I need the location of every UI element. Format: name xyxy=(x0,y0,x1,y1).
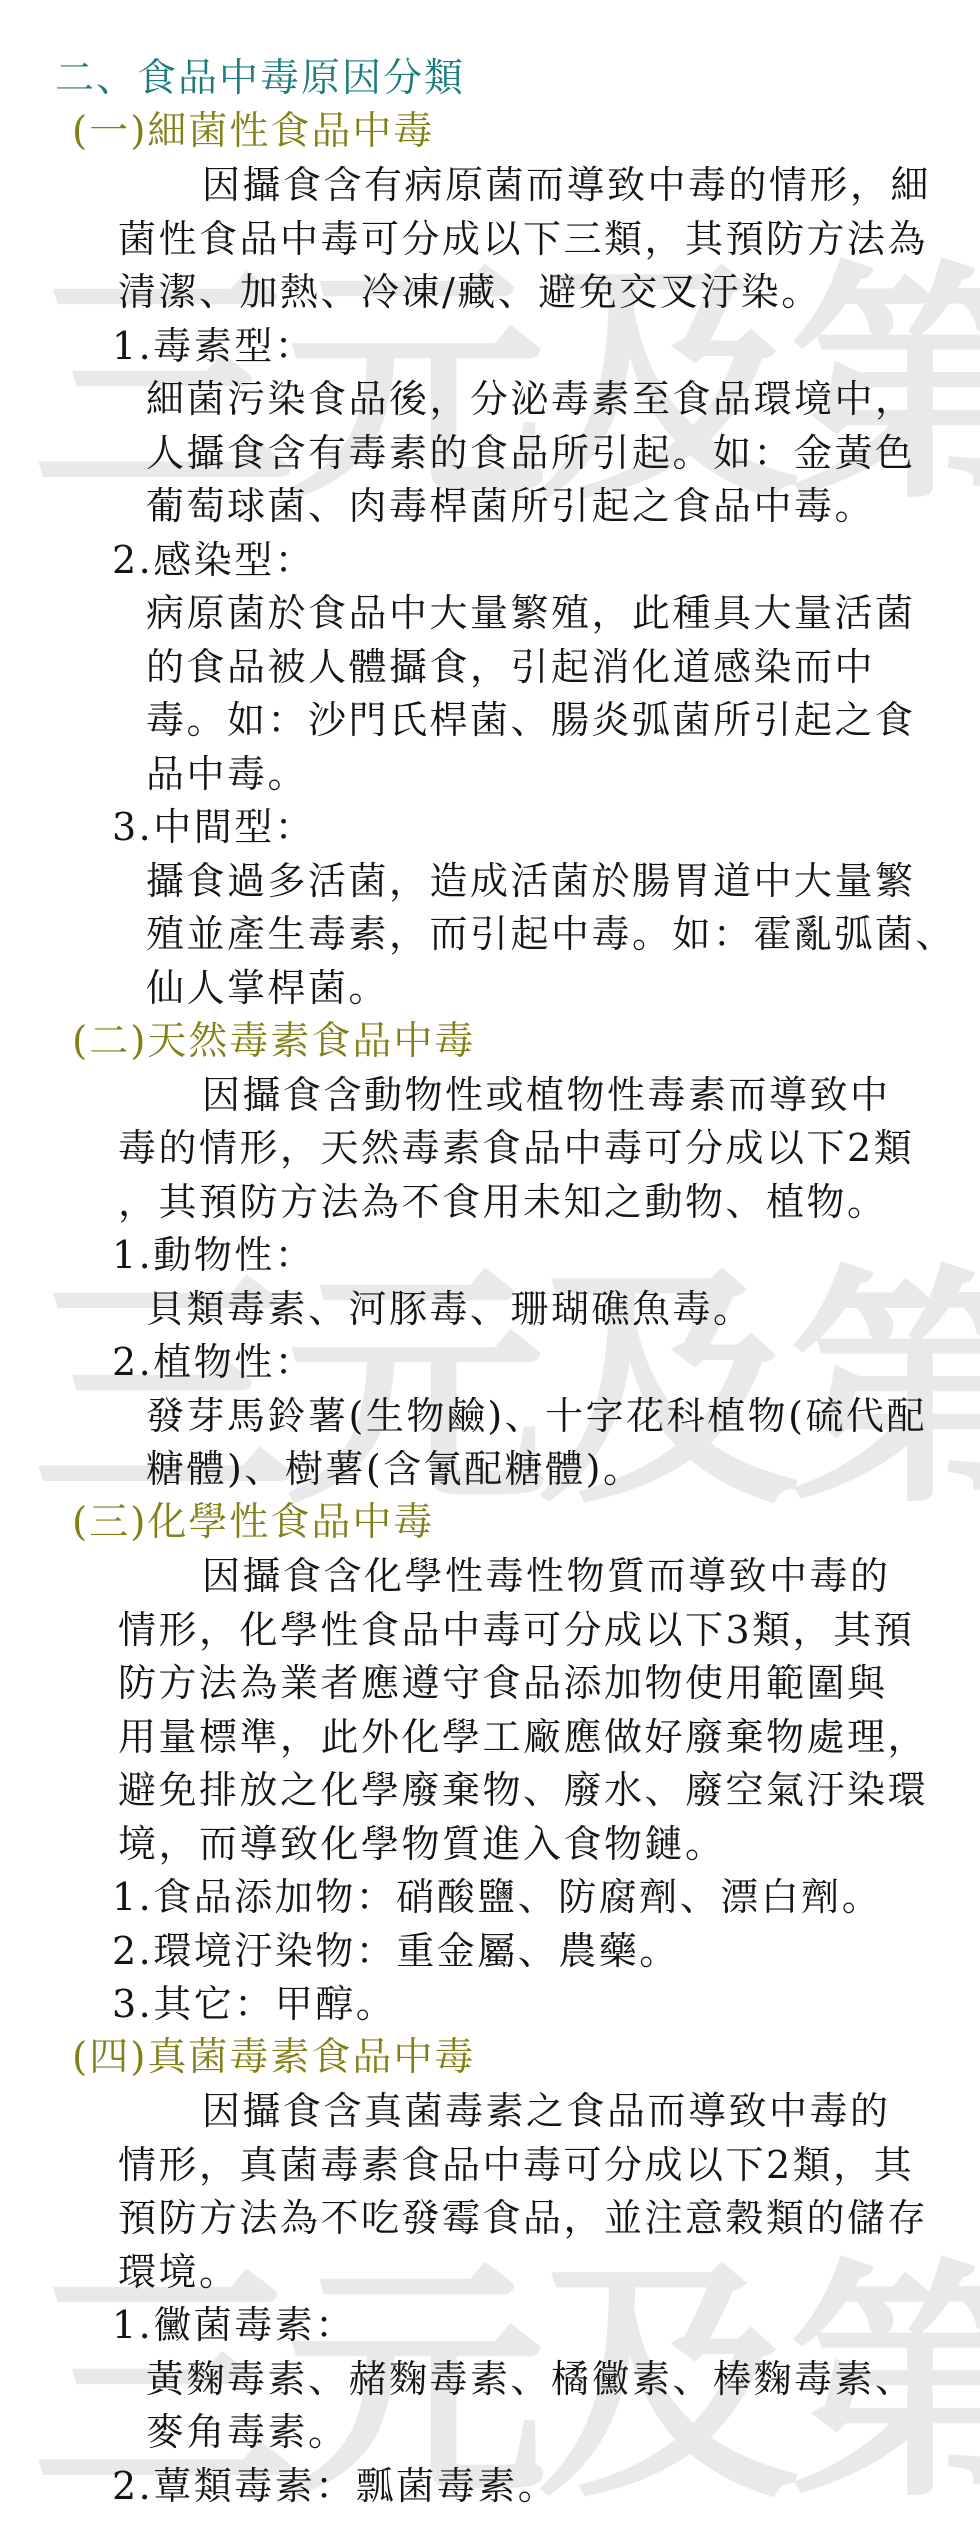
text-line: 發芽馬鈴薯(生物鹼)、十字花科植物(硫代配 xyxy=(0,1386,980,1440)
text-line: 人攝食含有毒素的食品所引起。如：金黃色 xyxy=(0,423,980,477)
numbered-item-line: 1.黴菌毒素： xyxy=(0,2295,980,2349)
numbered-item-line: 1.毒素型： xyxy=(0,316,980,370)
text-line: 預防方法為不吃發霉食品，並注意穀類的儲存 xyxy=(0,2188,980,2242)
text-line: 因攝食含真菌毒素之食品而導致中毒的 xyxy=(0,2081,980,2135)
text-line: 菌性食品中毒可分成以下三類，其預防方法為 xyxy=(0,209,980,263)
text-line: 病原菌於食品中大量繁殖，此種具大量活菌 xyxy=(0,583,980,637)
scanned-document-page: 三元及第三元及第三元及第 二、食品中毒原因分類 (一)細菌性食品中毒因攝食含有病… xyxy=(0,0,980,2541)
text-line: 境，而導致化學物質進入食物鏈。 xyxy=(0,1814,980,1868)
numbered-item-line: 1.食品添加物：硝酸鹽、防腐劑、漂白劑。 xyxy=(0,1867,980,1921)
text-line: 仙人掌桿菌。 xyxy=(0,958,980,1012)
document-content: 二、食品中毒原因分類 (一)細菌性食品中毒因攝食含有病原菌而導致中毒的情形，細菌… xyxy=(0,0,980,2509)
text-line: 細菌污染食品後，分泌毒素至食品環境中， xyxy=(0,369,980,423)
numbered-item-line: 3.中間型： xyxy=(0,797,980,851)
text-line: 情形，化學性食品中毒可分成以下3類，其預 xyxy=(0,1600,980,1654)
text-line: 避免排放之化學廢棄物、廢水、廢空氣汙染環 xyxy=(0,1760,980,1814)
text-line: 防方法為業者應遵守食品添加物使用範圍與 xyxy=(0,1653,980,1707)
text-line: 毒。如：沙門氏桿菌、腸炎弧菌所引起之食 xyxy=(0,690,980,744)
numbered-item-line: 3.其它：甲醇。 xyxy=(0,1974,980,2028)
text-line: ，其預防方法為不食用未知之動物、植物。 xyxy=(0,1172,980,1226)
text-line: 糖體)、樹薯(含氰配糖體)。 xyxy=(0,1439,980,1493)
section-heading-4: (四)真菌毒素食品中毒 xyxy=(0,2028,980,2082)
text-line: 清潔、加熱、冷凍/藏、避免交叉汙染。 xyxy=(0,262,980,316)
text-line: 環境。 xyxy=(0,2242,980,2296)
section-heading-2: (二)天然毒素食品中毒 xyxy=(0,1011,980,1065)
section-heading-1: (一)細菌性食品中毒 xyxy=(0,102,980,156)
numbered-item-line: 1.動物性： xyxy=(0,1225,980,1279)
numbered-item-line: 2.植物性： xyxy=(0,1332,980,1386)
text-line: 的食品被人體攝食，引起消化道感染而中 xyxy=(0,637,980,691)
text-line: 毒的情形，天然毒素食品中毒可分成以下2類 xyxy=(0,1118,980,1172)
text-line: 貝類毒素、河豚毒、珊瑚礁魚毒。 xyxy=(0,1279,980,1333)
text-line: 攝食過多活菌，造成活菌於腸胃道中大量繁 xyxy=(0,851,980,905)
text-line: 因攝食含有病原菌而導致中毒的情形，細 xyxy=(0,155,980,209)
text-line: 因攝食含化學性毒性物質而導致中毒的 xyxy=(0,1546,980,1600)
text-line: 品中毒。 xyxy=(0,744,980,798)
text-line: 情形，真菌毒素食品中毒可分成以下2類，其 xyxy=(0,2135,980,2189)
text-line: 用量標準，此外化學工廠應做好廢棄物處理， xyxy=(0,1707,980,1761)
text-line: 黃麴毒素、赭麴毒素、橘黴素、棒麴毒素、 xyxy=(0,2349,980,2403)
numbered-item-line: 2.蕈類毒素：瓢菌毒素。 xyxy=(0,2456,980,2510)
text-line: 殖並產生毒素，而引起中毒。如：霍亂弧菌、 xyxy=(0,904,980,958)
numbered-item-line: 2.環境汙染物：重金屬、農藥。 xyxy=(0,1921,980,1975)
numbered-item-line: 2.感染型： xyxy=(0,530,980,584)
text-line: 麥角毒素。 xyxy=(0,2402,980,2456)
page-title: 二、食品中毒原因分類 xyxy=(0,48,980,102)
text-line: 因攝食含動物性或植物性毒素而導致中 xyxy=(0,1065,980,1119)
section-heading-3: (三)化學性食品中毒 xyxy=(0,1493,980,1547)
text-line: 葡萄球菌、肉毒桿菌所引起之食品中毒。 xyxy=(0,476,980,530)
